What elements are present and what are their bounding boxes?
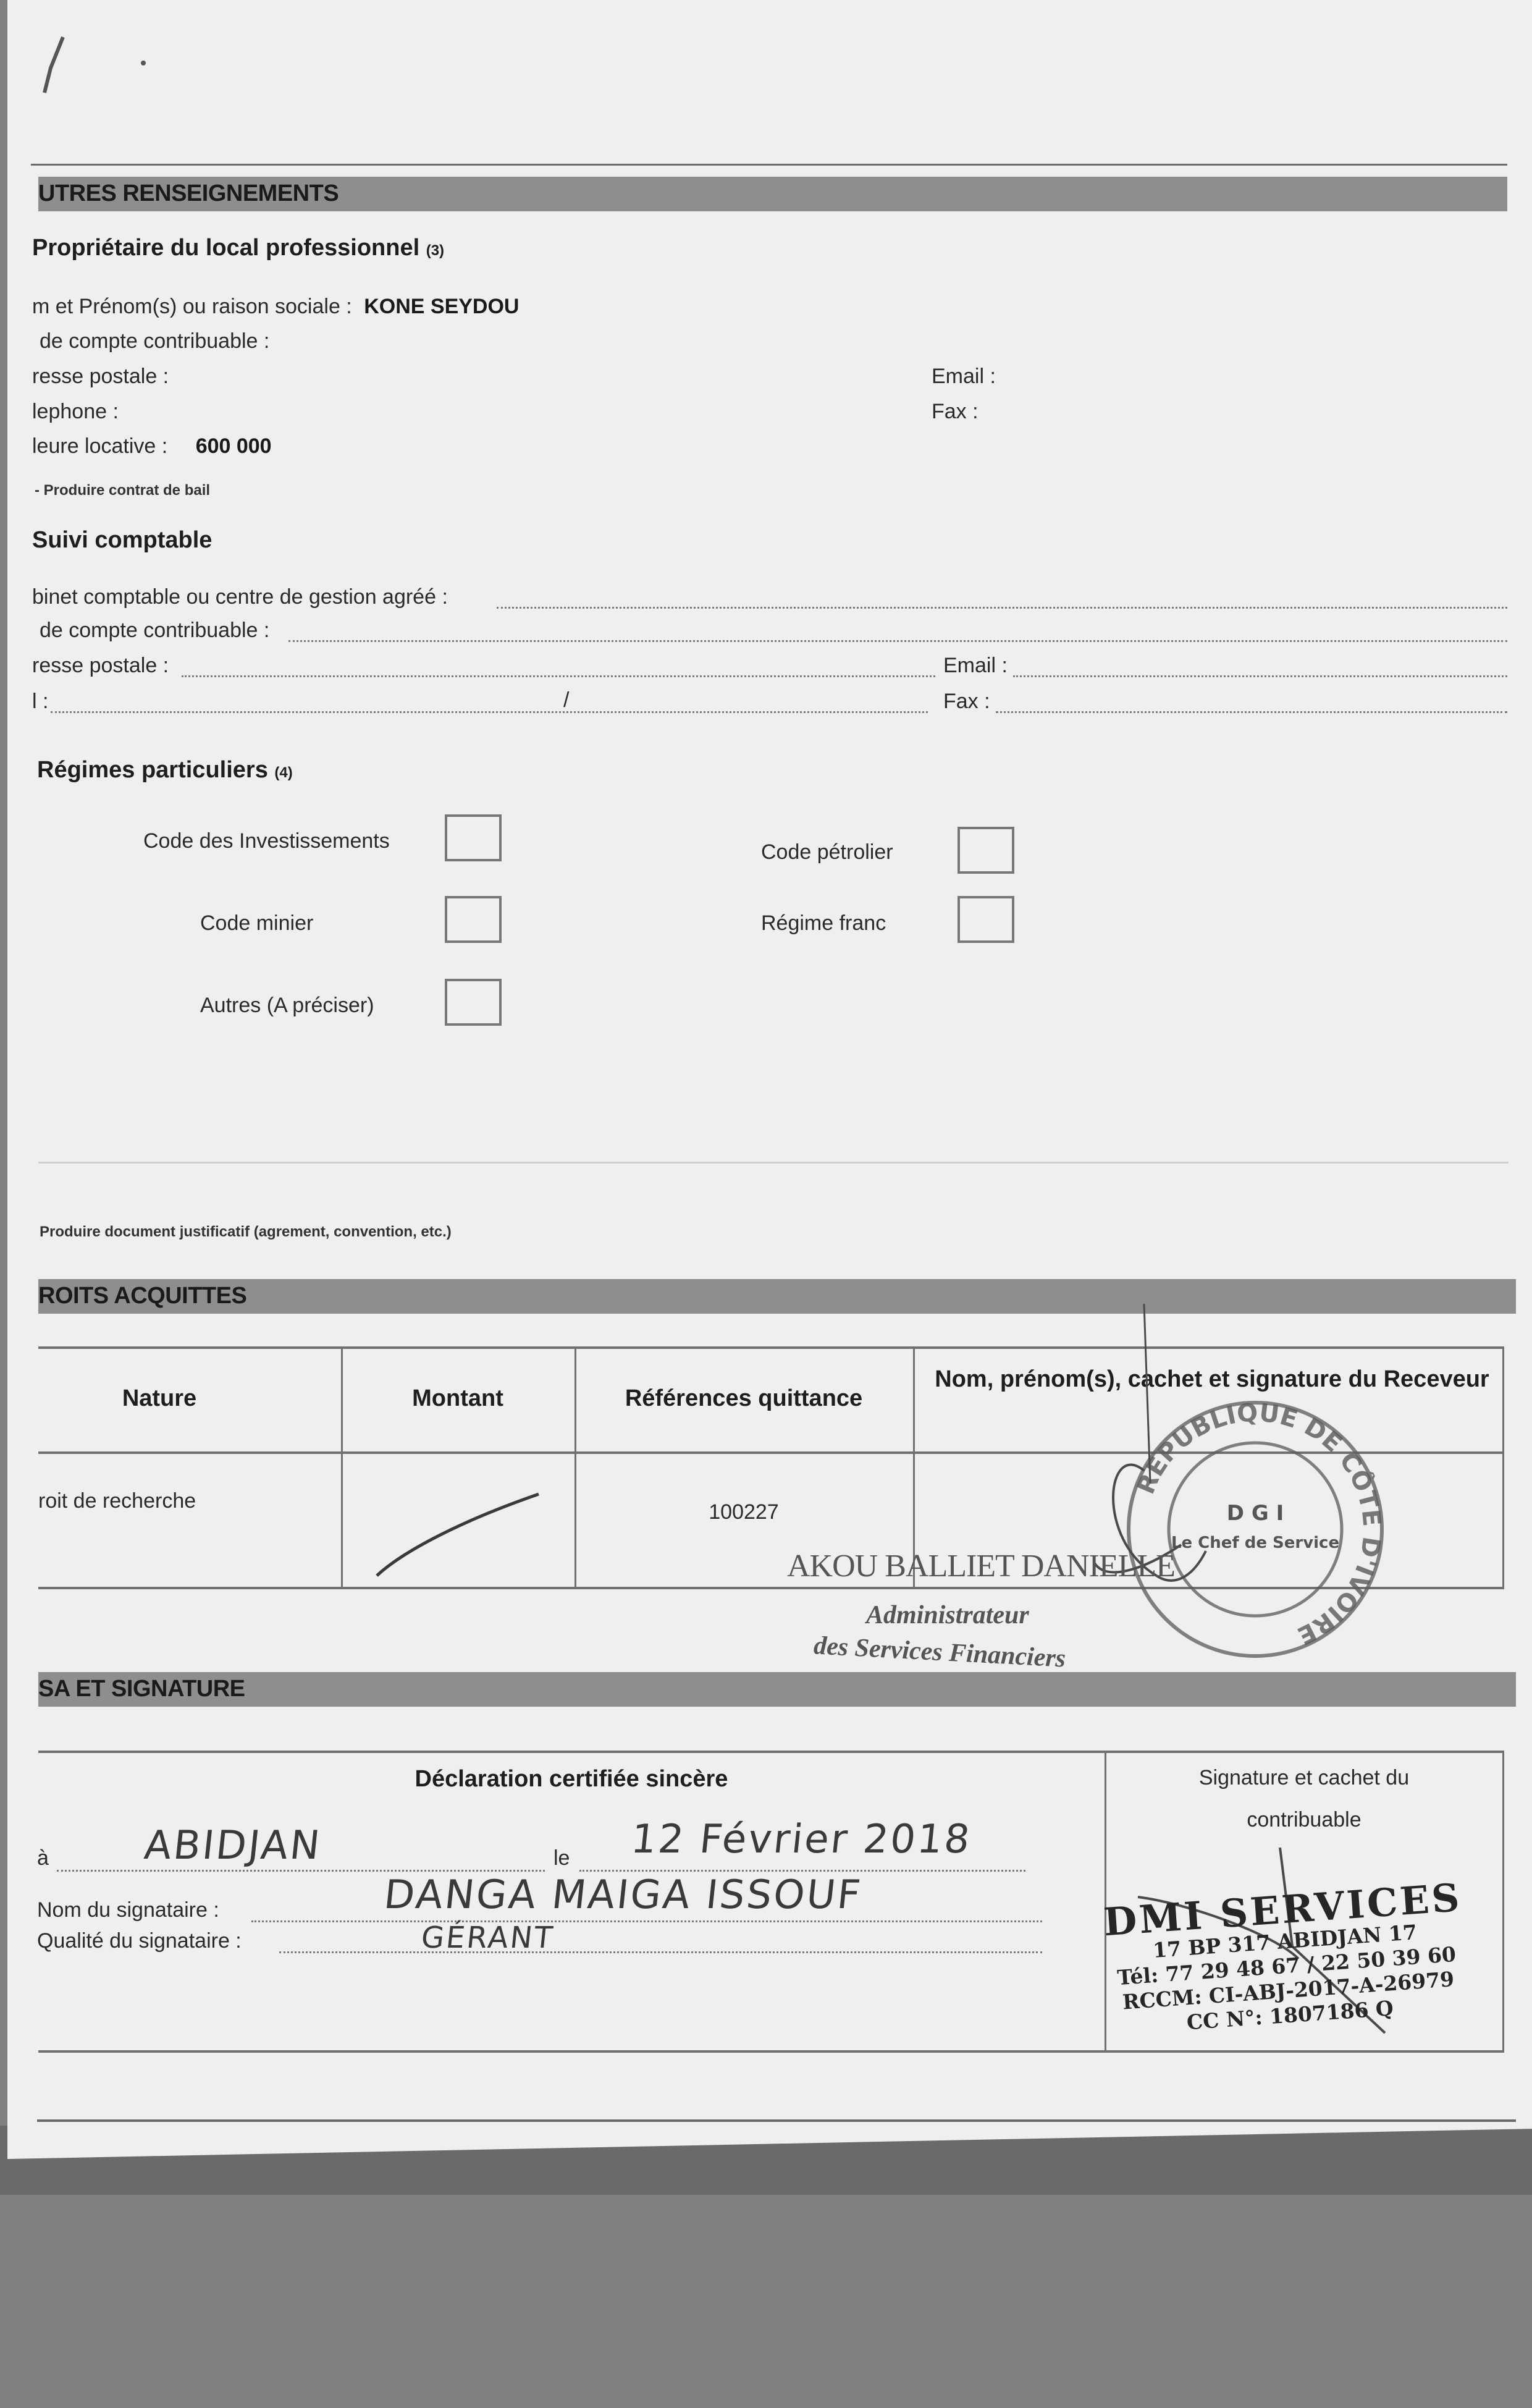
- qualite-line[interactable]: [279, 1951, 1042, 1953]
- section-header-visa: SA ET SIGNATURE: [38, 1672, 1516, 1707]
- qualite-value[interactable]: GÉRANT: [419, 1920, 556, 1955]
- receveur-title-2: des Services Financiers: [813, 1631, 1066, 1673]
- lieu-prefix: à: [37, 1846, 49, 1870]
- regime-label-minier: Code minier: [200, 911, 313, 936]
- section-header-autres: UTRES RENSEIGNEMENTS: [38, 177, 1507, 211]
- proprietaire-adresse-label: resse postale :: [32, 365, 169, 389]
- lieu-line[interactable]: [57, 1870, 545, 1872]
- signataire-value[interactable]: DANGA MAIGA ISSOUF: [382, 1872, 864, 1918]
- checkbox-regime-franc[interactable]: [958, 896, 1014, 943]
- col-nature: Nature: [38, 1385, 280, 1412]
- suivi-adresse-label: resse postale :: [32, 654, 169, 678]
- proprietaire-email-label: Email :: [932, 365, 996, 389]
- signataire-label: Nom du signataire :: [37, 1898, 219, 1922]
- cabinet-line[interactable]: [497, 607, 1507, 609]
- checkbox-autres[interactable]: [445, 979, 502, 1026]
- signature-heading-1: Signature et cachet du: [1105, 1766, 1504, 1790]
- montant-dash-icon: [372, 1489, 545, 1582]
- cell-nature: roit de recherche: [38, 1489, 196, 1513]
- signature-stroke-icon: [1132, 1304, 1156, 1489]
- suivi-compte-label: de compte contribuable :: [40, 619, 269, 643]
- regime-label-petrolier: Code pétrolier: [761, 840, 893, 864]
- date-value[interactable]: 12 Février 2018: [629, 1817, 974, 1862]
- signataire-line[interactable]: [251, 1920, 1042, 1922]
- section-header-droits: ROITS ACQUITTES: [38, 1279, 1516, 1314]
- receveur-title-1: Administrateur: [866, 1600, 1029, 1630]
- regimes-heading: Régimes particuliers (4): [37, 757, 293, 784]
- tel-separator: /: [563, 688, 569, 712]
- proprietaire-telephone-label: lephone :: [32, 400, 119, 424]
- date-prefix: le: [553, 1846, 570, 1870]
- col-montant: Montant: [341, 1385, 574, 1412]
- bottom-rule: [37, 2119, 1516, 2122]
- regime-label-franc: Régime franc: [761, 911, 886, 936]
- receveur-name: AKOU BALLIET DANIELLE: [787, 1548, 1175, 1584]
- proprietaire-compte-label: de compte contribuable :: [40, 329, 269, 353]
- declaration-heading: Déclaration certifiée sincère: [38, 1766, 1105, 1793]
- regime-label-investissements: Code des Investissements: [143, 829, 390, 853]
- suivi-tel-label: l :: [32, 690, 48, 714]
- suivi-fax-line[interactable]: [996, 711, 1507, 713]
- justificatif-note: Produire document justificatif (agrement…: [40, 1223, 452, 1241]
- cabinet-label: binet comptable ou centre de gestion agr…: [32, 585, 448, 609]
- col-references: Références quittance: [574, 1385, 913, 1412]
- checkbox-code-minier[interactable]: [445, 896, 502, 943]
- checkbox-code-petrolier[interactable]: [958, 827, 1014, 874]
- suivi-fax-label: Fax :: [943, 690, 990, 714]
- svg-text:Le Chef de Service: Le Chef de Service: [1171, 1534, 1339, 1552]
- suivi-adresse-line[interactable]: [182, 675, 935, 677]
- suivi-email-line[interactable]: [1013, 675, 1507, 677]
- suivi-tel-line[interactable]: [51, 711, 928, 713]
- faint-rule: [38, 1162, 1509, 1164]
- proprietaire-heading: Propriétaire du local professionnel (3): [32, 235, 444, 261]
- proprietaire-fax-label: Fax :: [932, 400, 979, 424]
- dmi-company-stamp: DMI SERVICES 17 BP 317 ABIDJAN 17 Tél: 7…: [1081, 1877, 1491, 2042]
- suivi-heading: Suivi comptable: [32, 527, 212, 554]
- cell-reference: 100227: [574, 1500, 913, 1524]
- qualite-label: Qualité du signataire :: [37, 1929, 242, 1953]
- dgi-seal-icon: REPUBLIQUE DE CÔTE D'IVOIRE D G I Le Che…: [1070, 1390, 1441, 1668]
- proprietaire-nom-field[interactable]: m et Prénom(s) ou raison sociale : KONE …: [32, 295, 519, 319]
- proprietaire-valeur-field: leure locative : 600 000: [32, 434, 272, 458]
- checkbox-code-investissements[interactable]: [445, 814, 502, 861]
- top-rule: [31, 164, 1507, 166]
- section-title: UTRES RENSEIGNEMENTS: [38, 180, 339, 207]
- signature-heading-2: contribuable: [1105, 1808, 1504, 1832]
- lieu-value[interactable]: ABIDJAN: [142, 1823, 324, 1869]
- suivi-email-label: Email :: [943, 654, 1008, 678]
- fold-mark-icon: [32, 25, 156, 99]
- contrat-bail-note: - Produire contrat de bail: [35, 482, 210, 499]
- date-line[interactable]: [579, 1870, 1025, 1872]
- suivi-compte-line[interactable]: [288, 640, 1507, 642]
- svg-text:D G I: D G I: [1227, 1501, 1284, 1526]
- regime-label-autres: Autres (A préciser): [200, 994, 374, 1018]
- scanned-page: UTRES RENSEIGNEMENTS Propriétaire du loc…: [7, 0, 1532, 2159]
